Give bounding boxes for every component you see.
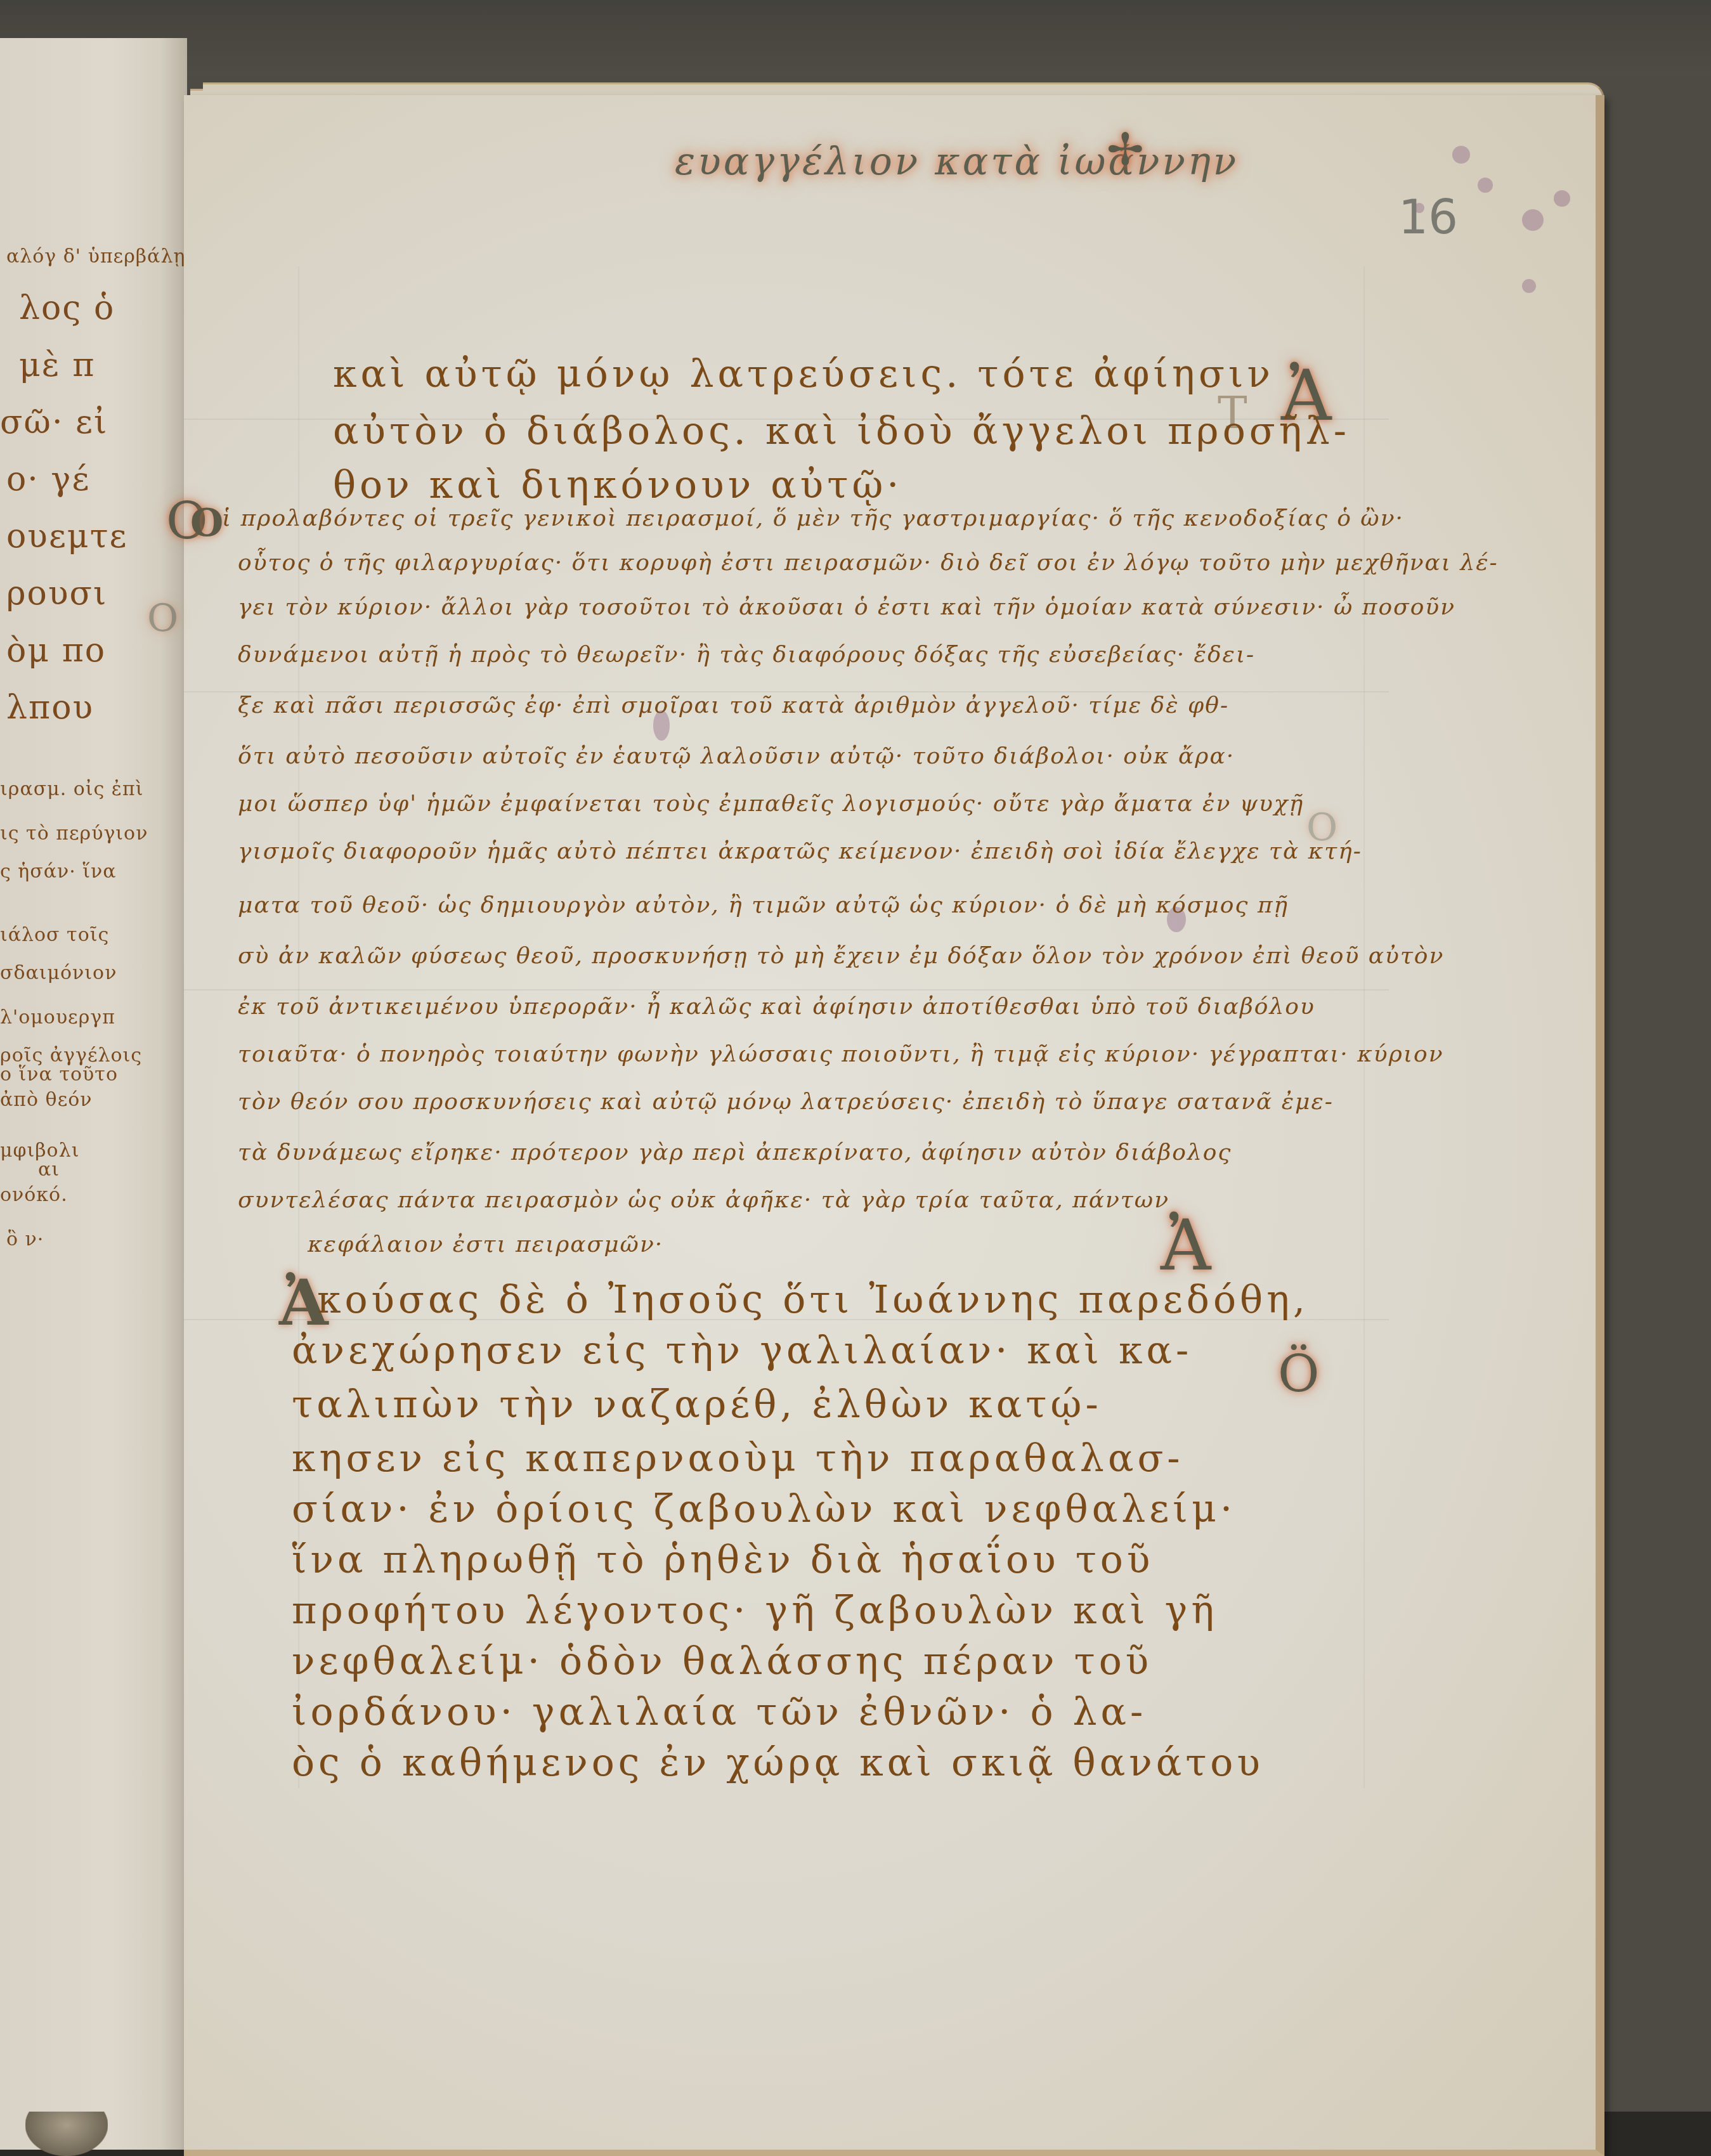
lemma-line: ἵνα πληρωθῇ τὸ ῥηθὲν διὰ ἡσαΐου τοῦ xyxy=(292,1541,1154,1579)
verso-text-line: ὸμ πο xyxy=(6,634,106,667)
ruling-line xyxy=(184,989,1389,990)
verso-text-line: ρουσι xyxy=(6,577,107,610)
verso-text-line: λ'ομουεργπ xyxy=(0,1008,115,1027)
headpiece-text: ευαγγέλιον κατὰ ἰωάννην xyxy=(660,137,1254,186)
lemma-line: θον καὶ διηκόνουν αὐτῷ· xyxy=(333,466,902,504)
marginal-rubric-lambda: Ἀ xyxy=(1161,1205,1211,1286)
lemma-line: ὸς ὁ καθήμενος ἐν χώρᾳ καὶ σκιᾷ θανάτου xyxy=(292,1744,1264,1782)
commentary-line: συντελέσας πάντα πειρασμὸν ὡς οὐκ ἀφῆκε·… xyxy=(238,1189,1169,1212)
commentary-line: κεφάλαιον ἐστι πειρασμῶν· xyxy=(308,1233,663,1256)
lemma-line: καὶ αὐτῷ μόνῳ λατρεύσεις. τότε ἀφίησιν xyxy=(333,355,1274,393)
verso-text-line: σδαιμόνιον xyxy=(0,964,117,983)
commentary-line: δυνάμενοι αὐτῇ ἡ πρὸς τὸ θεωρεῖν· ἢ τὰς … xyxy=(238,644,1255,666)
lemma-line: ταλιπὼν τὴν ναζαρέθ, ἐλθὼν κατῴ- xyxy=(292,1386,1102,1424)
verso-text-line: μφιβολι xyxy=(0,1141,79,1160)
commentary-line: ὅτι αὐτὸ πεσοῦσιν αὐτοῖς ἐν ἑαυτῷ λαλοῦσ… xyxy=(238,745,1235,768)
verso-text-line: ις τὸ περύγιον xyxy=(0,824,148,843)
verso-text-line: ιάλοσ τοῖς xyxy=(0,926,109,945)
commentary-line: τὸν θεόν σου προσκυνήσεις καὶ αὐτῷ μόνῳ … xyxy=(238,1091,1334,1114)
verso-page-fragment: αλόγ δ' ὑπερβάλῃ λος ὁ μὲ π σῶ· εἰ ο· γέ… xyxy=(0,38,187,2150)
lemma-line: κησεν εἰς καπερναοὺμ τὴν παραθαλασ- xyxy=(292,1439,1184,1477)
commentary-line: ματα τοῦ θεοῦ· ὡς δημιουργὸν αὐτὸν, ἢ τι… xyxy=(238,894,1289,917)
commentary-line: ἱ προλαβόντες οἱ τρεῖς γενικοὶ πειρασμοί… xyxy=(222,507,1404,530)
backdrop xyxy=(0,0,1711,76)
verso-text-line: ονόκό. xyxy=(0,1186,68,1205)
commentary-initial: Ο xyxy=(190,501,223,545)
verso-text-line: ο· γέ xyxy=(6,463,90,496)
commentary-line: ἐκ τοῦ ἀντικειμένου ὑπερορᾶν· ἦ καλῶς κα… xyxy=(238,996,1315,1018)
ink-stain xyxy=(1452,146,1470,164)
ruling-line xyxy=(1363,266,1365,1788)
commentary-line: οὗτος ὁ τῆς φιλαργυρίας· ὅτι κορυφὴ ἐστι… xyxy=(238,552,1499,575)
ink-stain xyxy=(1522,209,1544,231)
marginal-rubric-omicron-faint: Ο xyxy=(147,596,178,640)
commentary-line: μοι ὥσπερ ὑφ' ἡμῶν ἐμφαίνεται τοὺς ἐμπαθ… xyxy=(238,793,1304,815)
verso-text-line: ουεμτε xyxy=(6,520,127,553)
ink-stain xyxy=(1522,279,1536,293)
commentary-line: τοιαῦτα· ὁ πονηρὸς τοιαύτην φωνὴν γλώσσα… xyxy=(238,1043,1444,1066)
headpiece-cross-icon: ✢ xyxy=(1107,124,1144,176)
verso-text-line: λπου xyxy=(6,691,94,724)
commentary-line: τὰ δυνάμεως εἴρηκε· πρότερον γὰρ περὶ ἀπ… xyxy=(238,1141,1232,1164)
lemma-line: ἀνεχώρησεν εἰς τὴν γαλιλαίαν· καὶ κα- xyxy=(292,1332,1192,1370)
binding-thread-tuft xyxy=(25,2112,108,2156)
commentary-line: γισμοῖς διαφοροῦν ἡμᾶς αὐτὸ πέπτει ἀκρατ… xyxy=(238,840,1362,863)
verso-text-line: ὃ ν· xyxy=(6,1230,44,1249)
lemma-line: ἰορδάνου· γαλιλαία τῶν ἐθνῶν· ὁ λα- xyxy=(292,1693,1147,1731)
verso-text-line: ο ἵνα τοῦτο xyxy=(0,1065,118,1084)
verso-text-line: σῶ· εἰ xyxy=(0,406,108,439)
ink-stain xyxy=(1478,178,1493,193)
lemma-line: αὐτὸν ὁ διάβολος. καὶ ἰδοὺ ἄγγελοι προσῆ… xyxy=(333,412,1350,450)
headpiece-title: ευαγγέλιον κατὰ ἰωάννην xyxy=(660,136,1254,187)
recto-page xyxy=(184,95,1604,2156)
marginal-rubric-omicron: Ö xyxy=(1278,1344,1320,1403)
commentary-line: ξε καὶ πᾶσι περισσῶς ἐφ· ἐπὶ σμοῖραι τοῦ… xyxy=(238,694,1229,717)
lemma-line: κούσας δὲ ὁ Ἰησοῦς ὅτι Ἰωάννης παρεδόθη, xyxy=(317,1281,1309,1319)
verso-text-line: ιρασμ. οἰς ἐπὶ xyxy=(0,780,143,799)
verso-text-line: ἀπὸ θεόν xyxy=(0,1091,92,1110)
commentary-line: σὺ ἀν καλῶν φύσεως θεοῦ, προσκυνήσῃ τὸ μ… xyxy=(238,945,1444,968)
gutter-shadow xyxy=(160,38,186,2150)
verso-text-line: μὲ π xyxy=(19,349,95,382)
verso-text-line: αι xyxy=(38,1160,60,1179)
folio-number: 16 xyxy=(1398,190,1458,245)
verso-text-line: λος ὁ xyxy=(19,292,115,325)
verso-text-line: ς ἡσάν· ἵνα xyxy=(0,862,117,881)
lemma-line: σίαν· ἐν ὁρίοις ζαβουλὼν καὶ νεφθαλείμ· xyxy=(292,1490,1236,1528)
ink-stain xyxy=(1554,190,1570,207)
verso-text-line: αλόγ δ' ὑπερβάλῃ xyxy=(6,247,185,266)
verso-text-line: ροῖς ἀγγέλοις xyxy=(0,1046,142,1065)
lemma-line: προφήτου λέγοντος· γῆ ζαβουλὼν καὶ γῆ xyxy=(292,1592,1218,1630)
lemma-line: νεφθαλείμ· ὁδὸν θαλάσσης πέραν τοῦ xyxy=(292,1642,1152,1680)
commentary-line: γει τὸν κύριον· ἄλλοι γὰρ τοσοῦτοι τὸ ἀκ… xyxy=(238,596,1455,619)
